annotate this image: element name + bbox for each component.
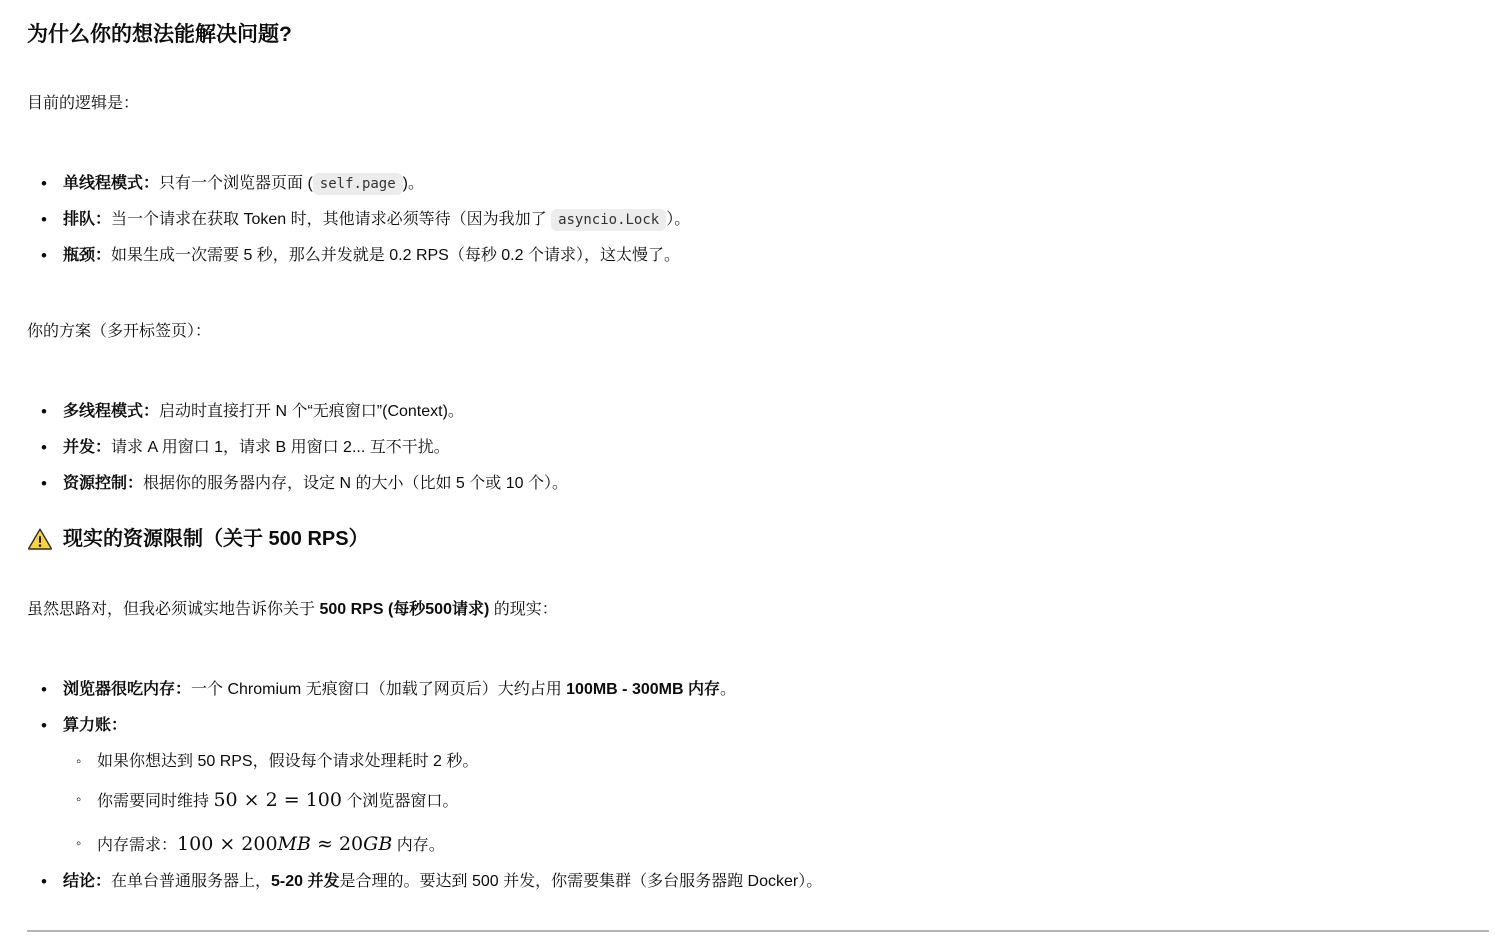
list-item-bottleneck: 瓶颈：如果生成一次需要 5 秒，那么并发就是 0.2 RPS（每秒 0.2 个请… [63,242,1489,270]
text-segment: ）。 [666,211,690,228]
document: 为什么你的想法能解决问题? 目前的逻辑是： 单线程模式：只有一个浏览器页面 (s… [0,0,1495,932]
item-label: 单线程模式： [63,175,159,192]
text-segment: 一个 Chromium 无痕窗口（加载了网页后）大约占用 [191,681,566,698]
item-label: 并发： [63,439,111,456]
item-label: 结论： [63,873,111,890]
list-item-resource-control: 资源控制：根据你的服务器内存，设定 N 的大小（比如 5 个或 10 个）。 [63,470,1489,498]
paragraph-current-logic: 目前的逻辑是： [27,90,1489,118]
math-unit-mb: MB [278,833,311,855]
bold-segment: 5-20 并发 [271,873,339,890]
list-item-compute: 算力账： 如果你想达到 50 RPS，假设每个请求处理耗时 2 秒。 你需要同时… [63,712,1489,860]
list-item-single-thread: 单线程模式：只有一个浏览器页面 (self.page)。 [63,170,1489,198]
list-item-queue: 排队：当一个请求在获取 Token 时，其他请求必须等待（因为我加了 async… [63,206,1489,234]
current-logic-list: 单线程模式：只有一个浏览器页面 (self.page)。 排队：当一个请求在获取… [27,170,1489,270]
bold-segment: 500 RPS (每秒500请求) [319,601,489,618]
item-label: 浏览器很吃内存： [63,681,191,698]
item-label: 多线程模式： [63,403,159,420]
compute-sub-list: 如果你想达到 50 RPS，假设每个请求处理耗时 2 秒。 你需要同时维持 50… [63,748,1489,860]
math-expression-memory: 100 × 200 [177,833,278,855]
text-segment: 。 [720,681,736,698]
inline-code-self-page: self.page [313,173,403,195]
text-segment: 当一个请求在获取 Token 时，其他请求必须等待（因为我加了 [111,211,551,228]
list-item-concurrency: 并发：请求 A 用窗口 1，请求 B 用窗口 2... 互不干扰。 [63,434,1489,462]
section-title-limits: 现实的资源限制（关于 500 RPS） [27,524,1489,554]
reality-list: 浏览器很吃内存：一个 Chromium 无痕窗口（加载了网页后）大约占用 100… [27,676,1489,896]
list-item-conclusion: 结论：在单台普通服务器上，5-20 并发是合理的。要达到 500 并发，你需要集… [63,868,1489,896]
list-item-memory: 浏览器很吃内存：一个 Chromium 无痕窗口（加载了网页后）大约占用 100… [63,676,1489,704]
text-segment: 虽然思路对，但我必须诚实地告诉你关于 [27,601,319,618]
text-segment: )。 [403,175,424,192]
text-segment: 个浏览器窗口。 [342,793,458,810]
item-label: 排队： [63,211,111,228]
item-label: 瓶颈： [63,247,111,264]
text-segment: 内存需求： [97,837,177,854]
text-segment: 请求 A 用窗口 1，请求 B 用窗口 2... 互不干扰。 [111,439,450,456]
warning-icon [27,527,53,551]
text-segment: 根据你的服务器内存，设定 N 的大小（比如 5 个或 10 个）。 [143,475,568,492]
section-title-why: 为什么你的想法能解决问题? [27,20,1489,50]
sub-item-window-count: 你需要同时维持 50 × 2 = 100 个浏览器窗口。 [97,786,1489,816]
paragraph-reality: 虽然思路对，但我必须诚实地告诉你关于 500 RPS (每秒500请求) 的现实… [27,596,1489,624]
divider [27,930,1489,932]
text-segment: 只有一个浏览器页面 ( [159,175,313,192]
plan-list: 多线程模式：启动时直接打开 N 个“无痕窗口”(Context)。 并发：请求 … [27,398,1489,498]
item-label: 算力账： [63,717,127,734]
text-segment: 在单台普通服务器上， [111,873,271,890]
text-segment: 如果你想达到 50 RPS，假设每个请求处理耗时 2 秒。 [97,753,478,770]
text-segment: 如果生成一次需要 5 秒，那么并发就是 0.2 RPS（每秒 0.2 个请求），… [111,247,680,264]
inline-code-asyncio-lock: asyncio.Lock [551,209,666,231]
text-segment: 你需要同时维持 [97,793,213,810]
heading-text: 现实的资源限制（关于 500 RPS） [63,524,369,554]
item-label: 资源控制： [63,475,143,492]
list-item-multi-thread: 多线程模式：启动时直接打开 N 个“无痕窗口”(Context)。 [63,398,1489,426]
bold-segment: 100MB - 300MB 内存 [566,681,720,698]
text-segment: 启动时直接打开 N 个“无痕窗口”(Context)。 [159,403,464,420]
sub-item-memory-need: 内存需求：100 × 200MB ≈ 20GB 内存。 [97,830,1489,860]
paragraph-your-plan: 你的方案（多开标签页）： [27,318,1489,346]
math-unit-gb: GB [363,833,392,855]
math-expression-windows: 50 × 2 = 100 [213,789,342,811]
text-segment: 是合理的。要达到 500 并发，你需要集群（多台服务器跑 Docker）。 [340,873,823,890]
text-segment: 的现实： [489,601,557,618]
sub-item-rps-assumption: 如果你想达到 50 RPS，假设每个请求处理耗时 2 秒。 [97,748,1489,776]
text-segment: 内存。 [392,837,444,854]
math-expression-approx: ≈ 20 [311,833,363,855]
